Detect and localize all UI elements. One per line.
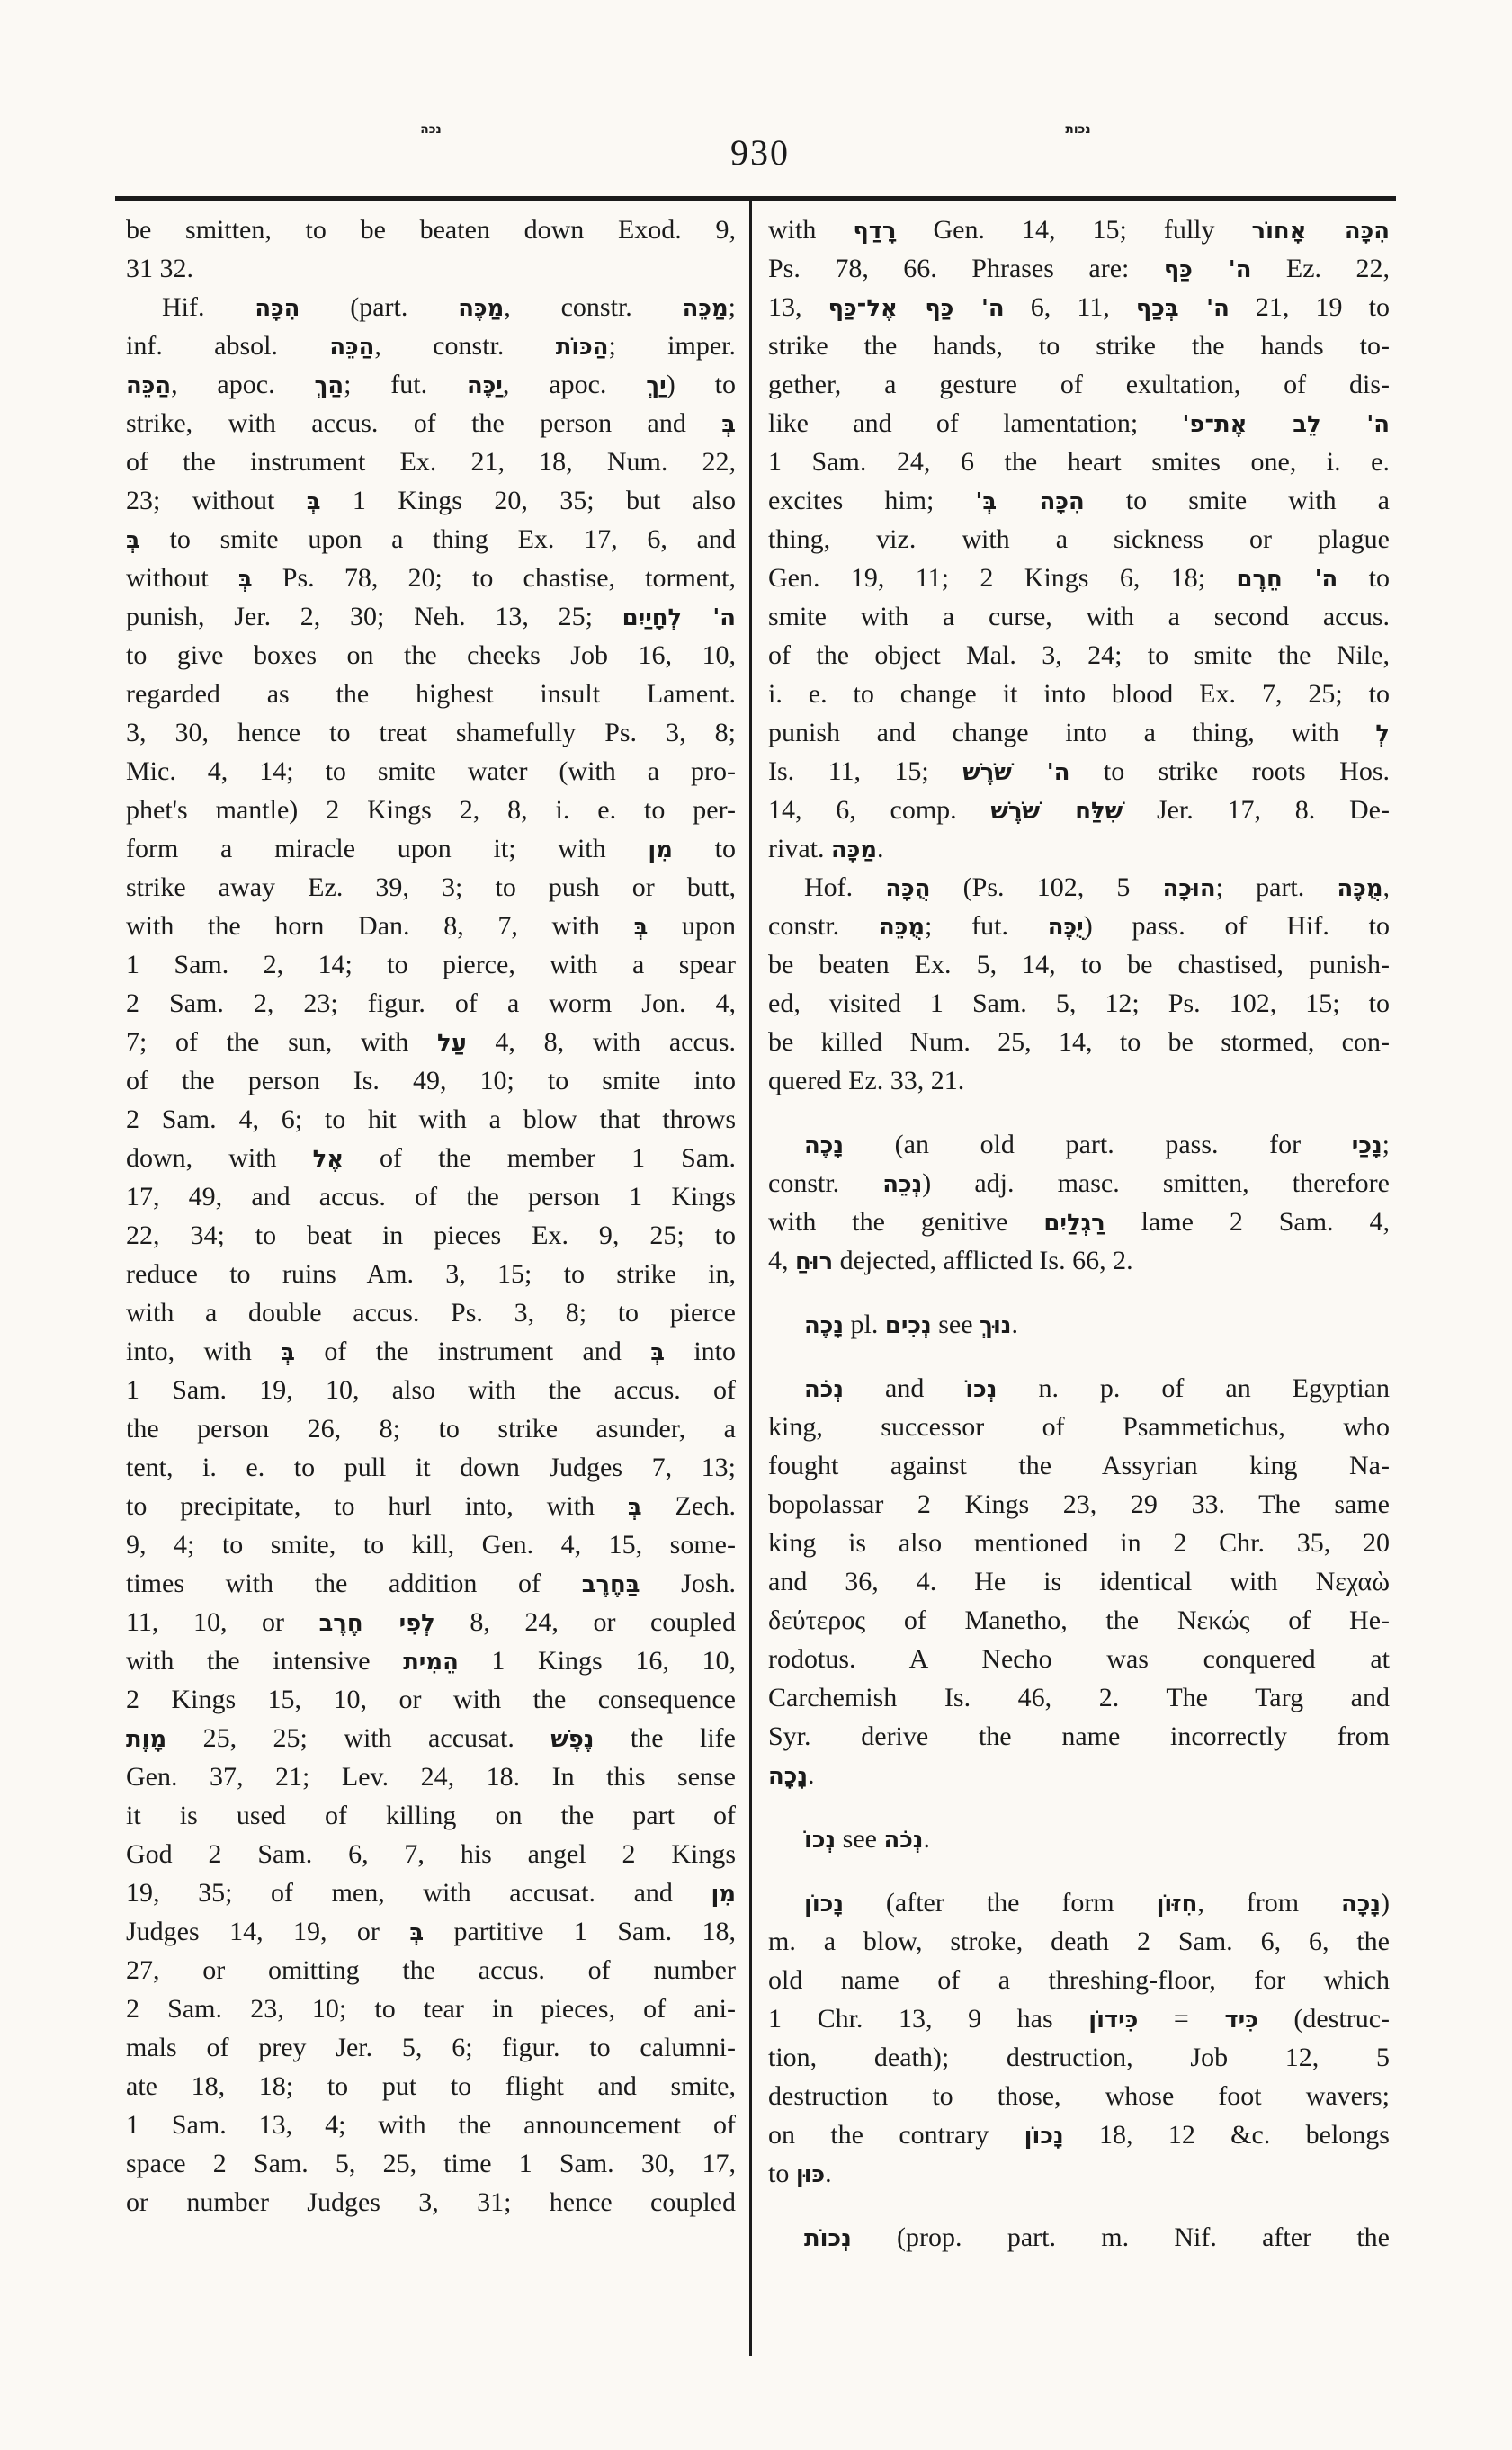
text-line: down, with אֶל of the member 1 Sam. bbox=[126, 1139, 736, 1177]
text-line: king is also mentioned in 2 Chr. 35, 20 bbox=[768, 1524, 1390, 1562]
text-line: Carchemish Is. 46, 2. The Targ and bbox=[768, 1678, 1390, 1717]
text-line: smite with a curse, with a second accus. bbox=[768, 597, 1390, 636]
text-line: נָכוֹן (after the form חִזּוֹן, from נָכ… bbox=[768, 1883, 1390, 1922]
text-line: 23; without בְּ 1 Kings 20, 35; but also bbox=[126, 481, 736, 520]
text-line: constr. נְכֵה) adj. masc. smitten, there… bbox=[768, 1164, 1390, 1203]
hebrew-text: בְּ bbox=[126, 527, 140, 554]
hebrew-text: אֶל bbox=[313, 1146, 344, 1173]
entry-block: נְכֹה and נְכוֹ n. p. of an Egyptianking… bbox=[768, 1369, 1390, 1794]
hebrew-text: בְּ bbox=[650, 1339, 665, 1366]
text-line: 1 Chr. 13, 9 has כִּידוֹן = כִּיד (destr… bbox=[768, 1999, 1390, 2038]
text-line: Is. 11, 15; ה' שֹׁרֶשׁ to strike roots H… bbox=[768, 752, 1390, 791]
text-line: 4, רוּחַ dejected, afflicted Is. 66, 2. bbox=[768, 1241, 1390, 1280]
entry-block: be smitten, to be beaten down Exod. 9,31… bbox=[126, 210, 736, 288]
text-line: הַכֵּה, apoc. הַךְ; fut. יַכֶּה, apoc. י… bbox=[126, 365, 736, 404]
text-line: with the horn Dan. 8, 7, with בְּ upon bbox=[126, 907, 736, 945]
column-divider-rule bbox=[749, 196, 752, 2356]
text-line: excites him; הִכָּה בְּ' to smite with a bbox=[768, 481, 1390, 520]
text-line: bopolassar 2 Kings 23, 29 33. The same bbox=[768, 1485, 1390, 1524]
text-line: 2 Kings 15, 10, or with the consequence bbox=[126, 1680, 736, 1719]
hebrew-text: מָוֶת bbox=[126, 1726, 166, 1753]
hebrew-text: הוּכָה bbox=[1163, 875, 1216, 902]
text-line: times with the addition of בַּחֶרֶב Josh… bbox=[126, 1564, 736, 1603]
text-line: Syr. derive the name incorrectly from bbox=[768, 1717, 1390, 1756]
hebrew-text: מַכֶּה bbox=[458, 295, 504, 322]
text-line: 1 Sam. 2, 14; to pierce, with a spear bbox=[126, 945, 736, 984]
text-line: Gen. 19, 11; 2 Kings 6, 18; ה' חֵרֶם to bbox=[768, 559, 1390, 597]
text-line: strike the hands, to strike the hands to… bbox=[768, 326, 1390, 365]
text-line: 7; of the sun, with עַל 4, 8, with accus… bbox=[126, 1023, 736, 1061]
text-line: 13, ה' כַּף אֶל־כַּף 6, 11, ה' בְּכַף 21… bbox=[768, 288, 1390, 326]
text-line: strike, with accus. of the person and בְ… bbox=[126, 404, 736, 443]
entry-block: Hif. הִכָּה (part. מַכֶּה, constr. מַכֵּ… bbox=[126, 288, 736, 2222]
hebrew-text: בַּחֶרֶב bbox=[582, 1571, 640, 1598]
entry-block: נָכֶה pl. נְכִים see נוּךְ. bbox=[768, 1305, 1390, 1344]
text-line: 2 Sam. 2, 23; figur. of a worm Jon. 4, bbox=[126, 984, 736, 1023]
hebrew-text: נְכוֹ bbox=[965, 1376, 997, 1403]
hebrew-text: בְּ bbox=[238, 566, 253, 593]
hebrew-text: ה' כַּף bbox=[1164, 256, 1252, 283]
text-line: נְכוֹת (prop. part. m. Nif. after the bbox=[768, 2218, 1390, 2257]
hebrew-text: יַךְ bbox=[646, 372, 667, 399]
text-line: strike away Ez. 39, 3; to push or butt, bbox=[126, 868, 736, 907]
text-line: i. e. to change it into blood Ex. 7, 25;… bbox=[768, 675, 1390, 713]
text-line: on the contrary נָכוֹן 18, 12 &c. belong… bbox=[768, 2115, 1390, 2154]
text-line: punish, Jer. 2, 30; Neh. 13, 25; ה' לְחָ… bbox=[126, 597, 736, 636]
hebrew-text: נְכֹה bbox=[804, 1376, 844, 1403]
hebrew-text: נֶפֶשׁ bbox=[550, 1726, 594, 1753]
hebrew-text: ה' בְּכַף bbox=[1136, 295, 1230, 322]
hebrew-text: בְּ bbox=[634, 914, 649, 941]
hebrew-text: נְכֵה bbox=[882, 1171, 922, 1198]
text-line: Hif. הִכָּה (part. מַכֶּה, constr. מַכֵּ… bbox=[126, 288, 736, 326]
text-line: constr. מֻכֵּה; fut. יֻכֶּה) pass. of Hi… bbox=[768, 907, 1390, 945]
text-line: reduce to ruins Am. 3, 15; to strike in, bbox=[126, 1255, 736, 1293]
text-line: Judges 14, 19, or בְּ partitive 1 Sam. 1… bbox=[126, 1912, 736, 1951]
hebrew-text: מֻכֵּה bbox=[879, 914, 925, 941]
text-line: rivat. מַכָּה. bbox=[768, 829, 1390, 868]
hebrew-text: נָכוֹן bbox=[1024, 2123, 1064, 2150]
hebrew-text: לְפִי חֶרֶב bbox=[319, 1610, 435, 1637]
text-line: form a miracle upon it; with מִן to bbox=[126, 829, 736, 868]
page-number: 930 bbox=[679, 131, 841, 174]
entry-block: Hof. הֻכָּה (Ps. 102, 5 הוּכָה; part. מֻ… bbox=[768, 868, 1390, 1100]
text-line: old name of a threshing-floor, for which bbox=[768, 1961, 1390, 1999]
text-line: Hof. הֻכָּה (Ps. 102, 5 הוּכָה; part. מֻ… bbox=[768, 868, 1390, 907]
text-line: phet's mantle) 2 Kings 2, 8, i. e. to pe… bbox=[126, 791, 736, 829]
hebrew-text: מַכֵּה bbox=[683, 295, 729, 322]
hebrew-text: נָכַי bbox=[1352, 1132, 1382, 1159]
text-line: נְכֹה and נְכוֹ n. p. of an Egyptian bbox=[768, 1369, 1390, 1408]
hebrew-text: כּוּן bbox=[796, 2161, 825, 2188]
lexicon-page: נכה 930 נכות be smitten, to be beaten do… bbox=[0, 0, 1512, 2450]
hebrew-text: הַךְ bbox=[314, 372, 344, 399]
text-line: rodotus. A Necho was conquered at bbox=[768, 1640, 1390, 1678]
text-line: 1 Sam. 13, 4; with the announcement of bbox=[126, 2106, 736, 2144]
text-line: 27, or omitting the accus. of number bbox=[126, 1951, 736, 1990]
text-column-left: be smitten, to be beaten down Exod. 9,31… bbox=[126, 210, 736, 2222]
text-line: נָכֶה pl. נְכִים see נוּךְ. bbox=[768, 1305, 1390, 1344]
text-line: Ps. 78, 66. Phrases are: ה' כַּף Ez. 22, bbox=[768, 249, 1390, 288]
text-line: be killed Num. 25, 14, to be stormed, co… bbox=[768, 1023, 1390, 1061]
text-line: ed, visited 1 Sam. 5, 12; Ps. 102, 15; t… bbox=[768, 984, 1390, 1023]
text-line: without בְּ Ps. 78, 20; to chastise, tor… bbox=[126, 559, 736, 597]
hebrew-text: בְּ bbox=[307, 488, 321, 515]
header-rule bbox=[115, 196, 1396, 201]
text-line: tion, death); destruction, Job 12, 5 bbox=[768, 2038, 1390, 2077]
entry-block: נְכוֹת (prop. part. m. Nif. after the bbox=[768, 2218, 1390, 2257]
text-line: 31 32. bbox=[126, 249, 736, 288]
hebrew-text: מַכָּה bbox=[831, 836, 877, 863]
hebrew-text: מֻכֶּה bbox=[1337, 875, 1382, 902]
text-line: thing, viz. with a sickness or plague bbox=[768, 520, 1390, 559]
text-line: δεύτερος of Manetho, the Νεκώς of He- bbox=[768, 1601, 1390, 1640]
text-line: מָוֶת 25, 25; with accusat. נֶפֶשׁ the l… bbox=[126, 1719, 736, 1757]
hebrew-text: הֵמִית bbox=[403, 1649, 459, 1676]
text-line: and 36, 4. He is identical with Νεχαὼ bbox=[768, 1562, 1390, 1601]
entry-block: נָכוֹן (after the form חִזּוֹן, from נָכ… bbox=[768, 1883, 1390, 2193]
hebrew-text: יֻכֶּה bbox=[1048, 914, 1084, 941]
text-line: inf. absol. הַכֵּה, constr. הַכּוֹת; imp… bbox=[126, 326, 736, 365]
text-line: to כּוּן. bbox=[768, 2154, 1390, 2193]
hebrew-text: נָכֶה bbox=[804, 1312, 844, 1339]
hebrew-text: הֻכָּה bbox=[885, 875, 930, 902]
text-line: or number Judges 3, 31; hence coupled bbox=[126, 2183, 736, 2222]
hebrew-text: הִכָּה בְּ' bbox=[975, 488, 1084, 515]
text-line: tent, i. e. to pull it down Judges 7, 13… bbox=[126, 1448, 736, 1487]
text-line: 19, 35; of men, with accusat. and מִן bbox=[126, 1873, 736, 1912]
text-line: fought against the Assyrian king Na- bbox=[768, 1446, 1390, 1485]
text-line: Gen. 37, 21; Lev. 24, 18. In this sense bbox=[126, 1757, 736, 1796]
text-line: punish and change into a thing, with לְ bbox=[768, 713, 1390, 752]
text-line: of the instrument Ex. 21, 18, Num. 22, bbox=[126, 443, 736, 481]
text-line: be smitten, to be beaten down Exod. 9, bbox=[126, 210, 736, 249]
text-line: with רָדַף Gen. 14, 15; fully הִכָּה אָח… bbox=[768, 210, 1390, 249]
text-line: 1 Sam. 24, 6 the heart smites one, i. e. bbox=[768, 443, 1390, 481]
hebrew-text: חִזּוֹן bbox=[1157, 1891, 1198, 1918]
text-line: quered Ez. 33, 21. bbox=[768, 1061, 1390, 1100]
text-line: 2 Sam. 23, 10; to tear in pieces, of ani… bbox=[126, 1990, 736, 2028]
text-line: Mic. 4, 14; to smite water (with a pro- bbox=[126, 752, 736, 791]
hebrew-text: נְכוֹ bbox=[804, 1827, 836, 1854]
hebrew-text: נְכֹה bbox=[883, 1827, 923, 1854]
text-line: נָכָה. bbox=[768, 1756, 1390, 1794]
text-line: mals of prey Jer. 5, 6; figur. to calumn… bbox=[126, 2028, 736, 2067]
hebrew-text: ה' כַּף אֶל־כַּף bbox=[828, 295, 1005, 322]
hebrew-text: בְּ bbox=[628, 1494, 642, 1521]
hebrew-text: לְ bbox=[1375, 720, 1390, 747]
text-line: gether, a gesture of exultation, of dis- bbox=[768, 365, 1390, 404]
text-column-right: with רָדַף Gen. 14, 15; fully הִכָּה אָח… bbox=[768, 210, 1390, 2257]
hebrew-text: נָכֶה bbox=[804, 1132, 844, 1159]
hebrew-text: בְּ bbox=[409, 1919, 424, 1946]
hebrew-text: רָדַף bbox=[853, 218, 896, 245]
header-keyword-right: נכות bbox=[766, 122, 1390, 137]
text-line: בְּ to smite upon a thing Ex. 17, 6, and bbox=[126, 520, 736, 559]
text-line: 3, 30, hence to treat shamefully Ps. 3, … bbox=[126, 713, 736, 752]
text-line: with a double accus. Ps. 3, 8; to pierce bbox=[126, 1293, 736, 1332]
hebrew-text: ה' לְחָיַיִם bbox=[622, 604, 736, 631]
text-line: it is used of killing on the part of bbox=[126, 1796, 736, 1835]
hebrew-text: נָכוֹן bbox=[804, 1891, 844, 1918]
entry-block: נָכֶה (an old part. pass. for נָכַי;cons… bbox=[768, 1125, 1390, 1280]
text-line: 14, 6, comp. שִׁלַּח שֹׁרֶשׁ Jer. 17, 8.… bbox=[768, 791, 1390, 829]
text-line: the person 26, 8; to strike asunder, a bbox=[126, 1409, 736, 1448]
text-line: of the object Mal. 3, 24; to smite the N… bbox=[768, 636, 1390, 675]
hebrew-text: מִן bbox=[648, 836, 673, 863]
hebrew-text: כִּיד bbox=[1224, 2007, 1257, 2034]
hebrew-text: בְּ bbox=[281, 1339, 295, 1366]
text-line: 1 Sam. 19, 10, also with the accus. of bbox=[126, 1371, 736, 1409]
hebrew-text: הַכּוֹת bbox=[556, 334, 609, 361]
text-line: m. a blow, stroke, death 2 Sam. 6, 6, th… bbox=[768, 1922, 1390, 1961]
hebrew-text: רַגְלַיִם bbox=[1043, 1210, 1105, 1237]
hebrew-text: נָכָה bbox=[768, 1763, 808, 1790]
hebrew-text: שִׁלַּח שֹׁרֶשׁ bbox=[990, 798, 1123, 825]
hebrew-text: רוּחַ bbox=[795, 1248, 833, 1275]
text-line: God 2 Sam. 6, 7, his angel 2 Kings bbox=[126, 1835, 736, 1873]
text-line: king, successor of Psammetichus, who bbox=[768, 1408, 1390, 1446]
text-line: 2 Sam. 4, 6; to hit with a blow that thr… bbox=[126, 1100, 736, 1139]
hebrew-text: ה' חֵרֶם bbox=[1237, 566, 1338, 593]
text-line: be beaten Ex. 5, 14, to be chastised, pu… bbox=[768, 945, 1390, 984]
hebrew-text: בְּ bbox=[721, 411, 736, 438]
text-line: into, with בְּ of the instrument and בְּ… bbox=[126, 1332, 736, 1371]
hebrew-text: נְכִים bbox=[885, 1312, 932, 1339]
hebrew-text: הִכָּה bbox=[255, 295, 300, 322]
hebrew-text: ה' שֹׁרֶשׁ bbox=[962, 759, 1069, 786]
hebrew-text: כִּידוֹן bbox=[1088, 2007, 1138, 2034]
hebrew-text: הַכֵּה bbox=[126, 372, 171, 399]
hebrew-text: ה' לֵב אֶת־פ' bbox=[1182, 411, 1390, 438]
hebrew-text: נוּךְ bbox=[980, 1312, 1011, 1339]
entry-block: with רָדַף Gen. 14, 15; fully הִכָּה אָח… bbox=[768, 210, 1390, 868]
text-line: with the genitive רַגְלַיִם lame 2 Sam. … bbox=[768, 1203, 1390, 1241]
hebrew-text: נָכָה bbox=[1341, 1891, 1381, 1918]
hebrew-text: עַל bbox=[437, 1030, 467, 1057]
text-line: like and of lamentation; ה' לֵב אֶת־פ' bbox=[768, 404, 1390, 443]
hebrew-text: יַכֶּה bbox=[467, 372, 503, 399]
text-line: destruction to those, whose foot wavers; bbox=[768, 2077, 1390, 2115]
hebrew-text: מִן bbox=[711, 1881, 736, 1908]
entry-block: נְכוֹ see נְכֹה. bbox=[768, 1820, 1390, 1858]
text-line: of the person Is. 49, 10; to smite into bbox=[126, 1061, 736, 1100]
text-line: 17, 49, and accus. of the person 1 Kings bbox=[126, 1177, 736, 1216]
text-line: to give boxes on the cheeks Job 16, 10, bbox=[126, 636, 736, 675]
text-line: 22, 34; to beat in pieces Ex. 9, 25; to bbox=[126, 1216, 736, 1255]
header-keyword-left: נכה bbox=[126, 122, 736, 137]
text-line: 11, 10, or לְפִי חֶרֶב 8, 24, or coupled bbox=[126, 1603, 736, 1641]
hebrew-text: נְכוֹת bbox=[804, 2225, 852, 2252]
hebrew-text: הַכֵּה bbox=[329, 334, 374, 361]
text-line: regarded as the highest insult Lament. bbox=[126, 675, 736, 713]
text-line: ate 18, 18; to put to flight and smite, bbox=[126, 2067, 736, 2106]
text-line: with the intensive הֵמִית 1 Kings 16, 10… bbox=[126, 1641, 736, 1680]
hebrew-text: הִכָּה אָחוֹר bbox=[1252, 218, 1390, 245]
text-line: to precipitate, to hurl into, with בְּ Z… bbox=[126, 1487, 736, 1525]
text-line: space 2 Sam. 5, 25, time 1 Sam. 30, 17, bbox=[126, 2144, 736, 2183]
text-line: נְכוֹ see נְכֹה. bbox=[768, 1820, 1390, 1858]
text-line: 9, 4; to smite, to kill, Gen. 4, 15, som… bbox=[126, 1525, 736, 1564]
text-line: נָכֶה (an old part. pass. for נָכַי; bbox=[768, 1125, 1390, 1164]
